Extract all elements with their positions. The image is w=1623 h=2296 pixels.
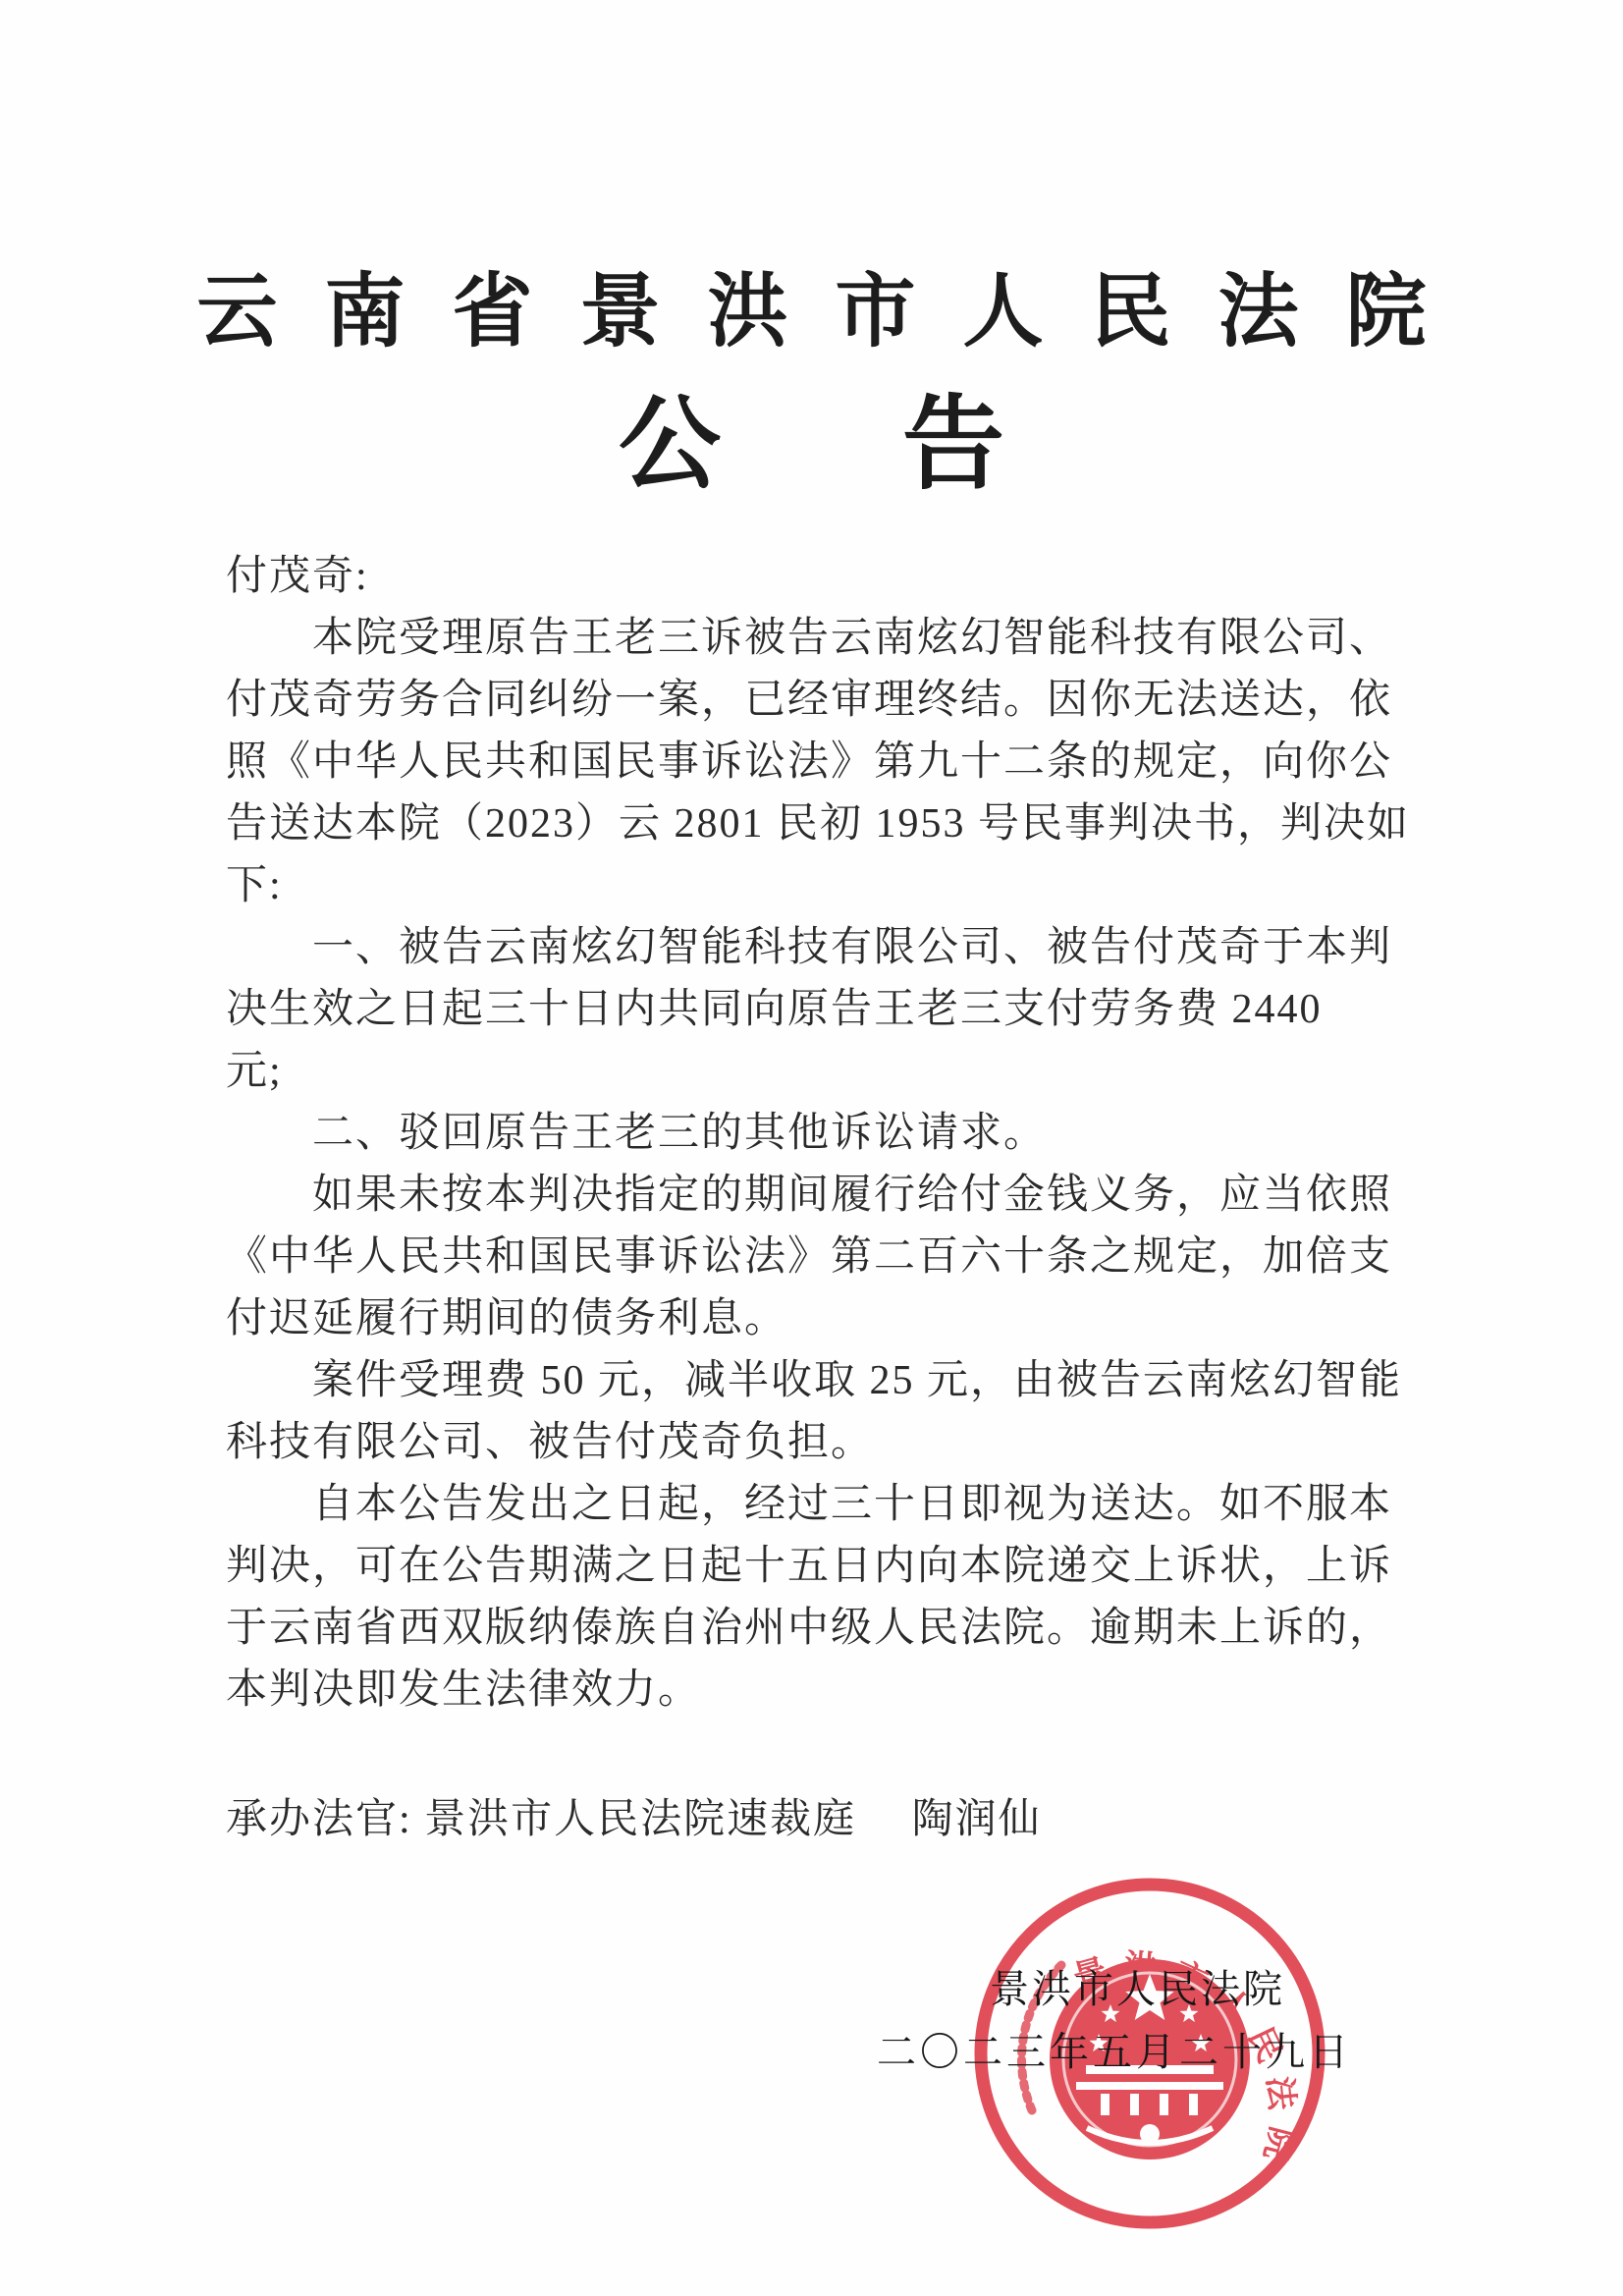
- body-line: 于云南省西双版纳傣族自治州中级人民法院。逾期未上诉的，: [226, 1598, 1443, 1660]
- judgment-item-2: 二、驳回原告王老三的其他诉讼请求。: [226, 1103, 1443, 1165]
- body-line: 科技有限公司、被告付茂奇负担。: [226, 1412, 1443, 1474]
- body-line: 本院受理原告王老三诉被告云南炫幻智能科技有限公司、: [226, 608, 1443, 670]
- court-fee-line: 案件受理费 50 元，减半收取 25 元，由被告云南炫幻智能: [226, 1350, 1443, 1412]
- judgment-item-1: 一、被告云南炫幻智能科技有限公司、被告付茂奇于本判: [226, 917, 1443, 979]
- body-line: 决生效之日起三十日内共同向原告王老三支付劳务费 2440: [226, 979, 1443, 1041]
- announcement-page: 云南省景洪市人民法院 公告 付茂奇: 本院受理原告王老三诉被告云南炫幻智能科技有…: [0, 0, 1623, 2296]
- court-title: 云南省景洪市人民法院: [0, 247, 1623, 362]
- presiding-judge-line: 承办法官: 景洪市人民法院速裁庭 陶润仙: [226, 1789, 1042, 1851]
- seal-date-text: 二〇二三年五月二十九日: [877, 2021, 1352, 2077]
- body-line: 下:: [226, 855, 1443, 917]
- body-line: 元;: [226, 1041, 1443, 1103]
- body-line: 付茂奇劳务合同纠纷一案，已经审理终结。因你无法送达，依: [226, 670, 1443, 732]
- recipient-line: 付茂奇:: [226, 546, 1443, 608]
- body-line: 判决，可在公告期满之日起十五日内向本院递交上诉状，上诉: [226, 1536, 1443, 1598]
- announcement-title: 公告: [0, 361, 1623, 509]
- body-line: 如果未按本判决指定的期间履行给付金钱义务，应当依照: [226, 1165, 1443, 1227]
- body-line: 付迟延履行期间的债务利息。: [226, 1288, 1443, 1350]
- body-line: 本判决即发生法律效力。: [226, 1660, 1443, 1722]
- announcement-body: 付茂奇: 本院受理原告王老三诉被告云南炫幻智能科技有限公司、 付茂奇劳务合同纠纷…: [226, 546, 1443, 1722]
- body-line: 《中华人民共和国民事诉讼法》第二百六十条之规定，加倍支: [226, 1227, 1443, 1288]
- seal-court-name-text: 景洪市人民法院: [990, 1958, 1285, 2014]
- body-line: 告送达本院（2023）云 2801 民初 1953 号民事判决书，判决如: [226, 793, 1443, 855]
- body-line: 自本公告发出之日起，经过三十日即视为送达。如不服本: [226, 1474, 1443, 1536]
- body-line: 照《中华人民共和国民事诉讼法》第九十二条的规定，向你公: [226, 732, 1443, 793]
